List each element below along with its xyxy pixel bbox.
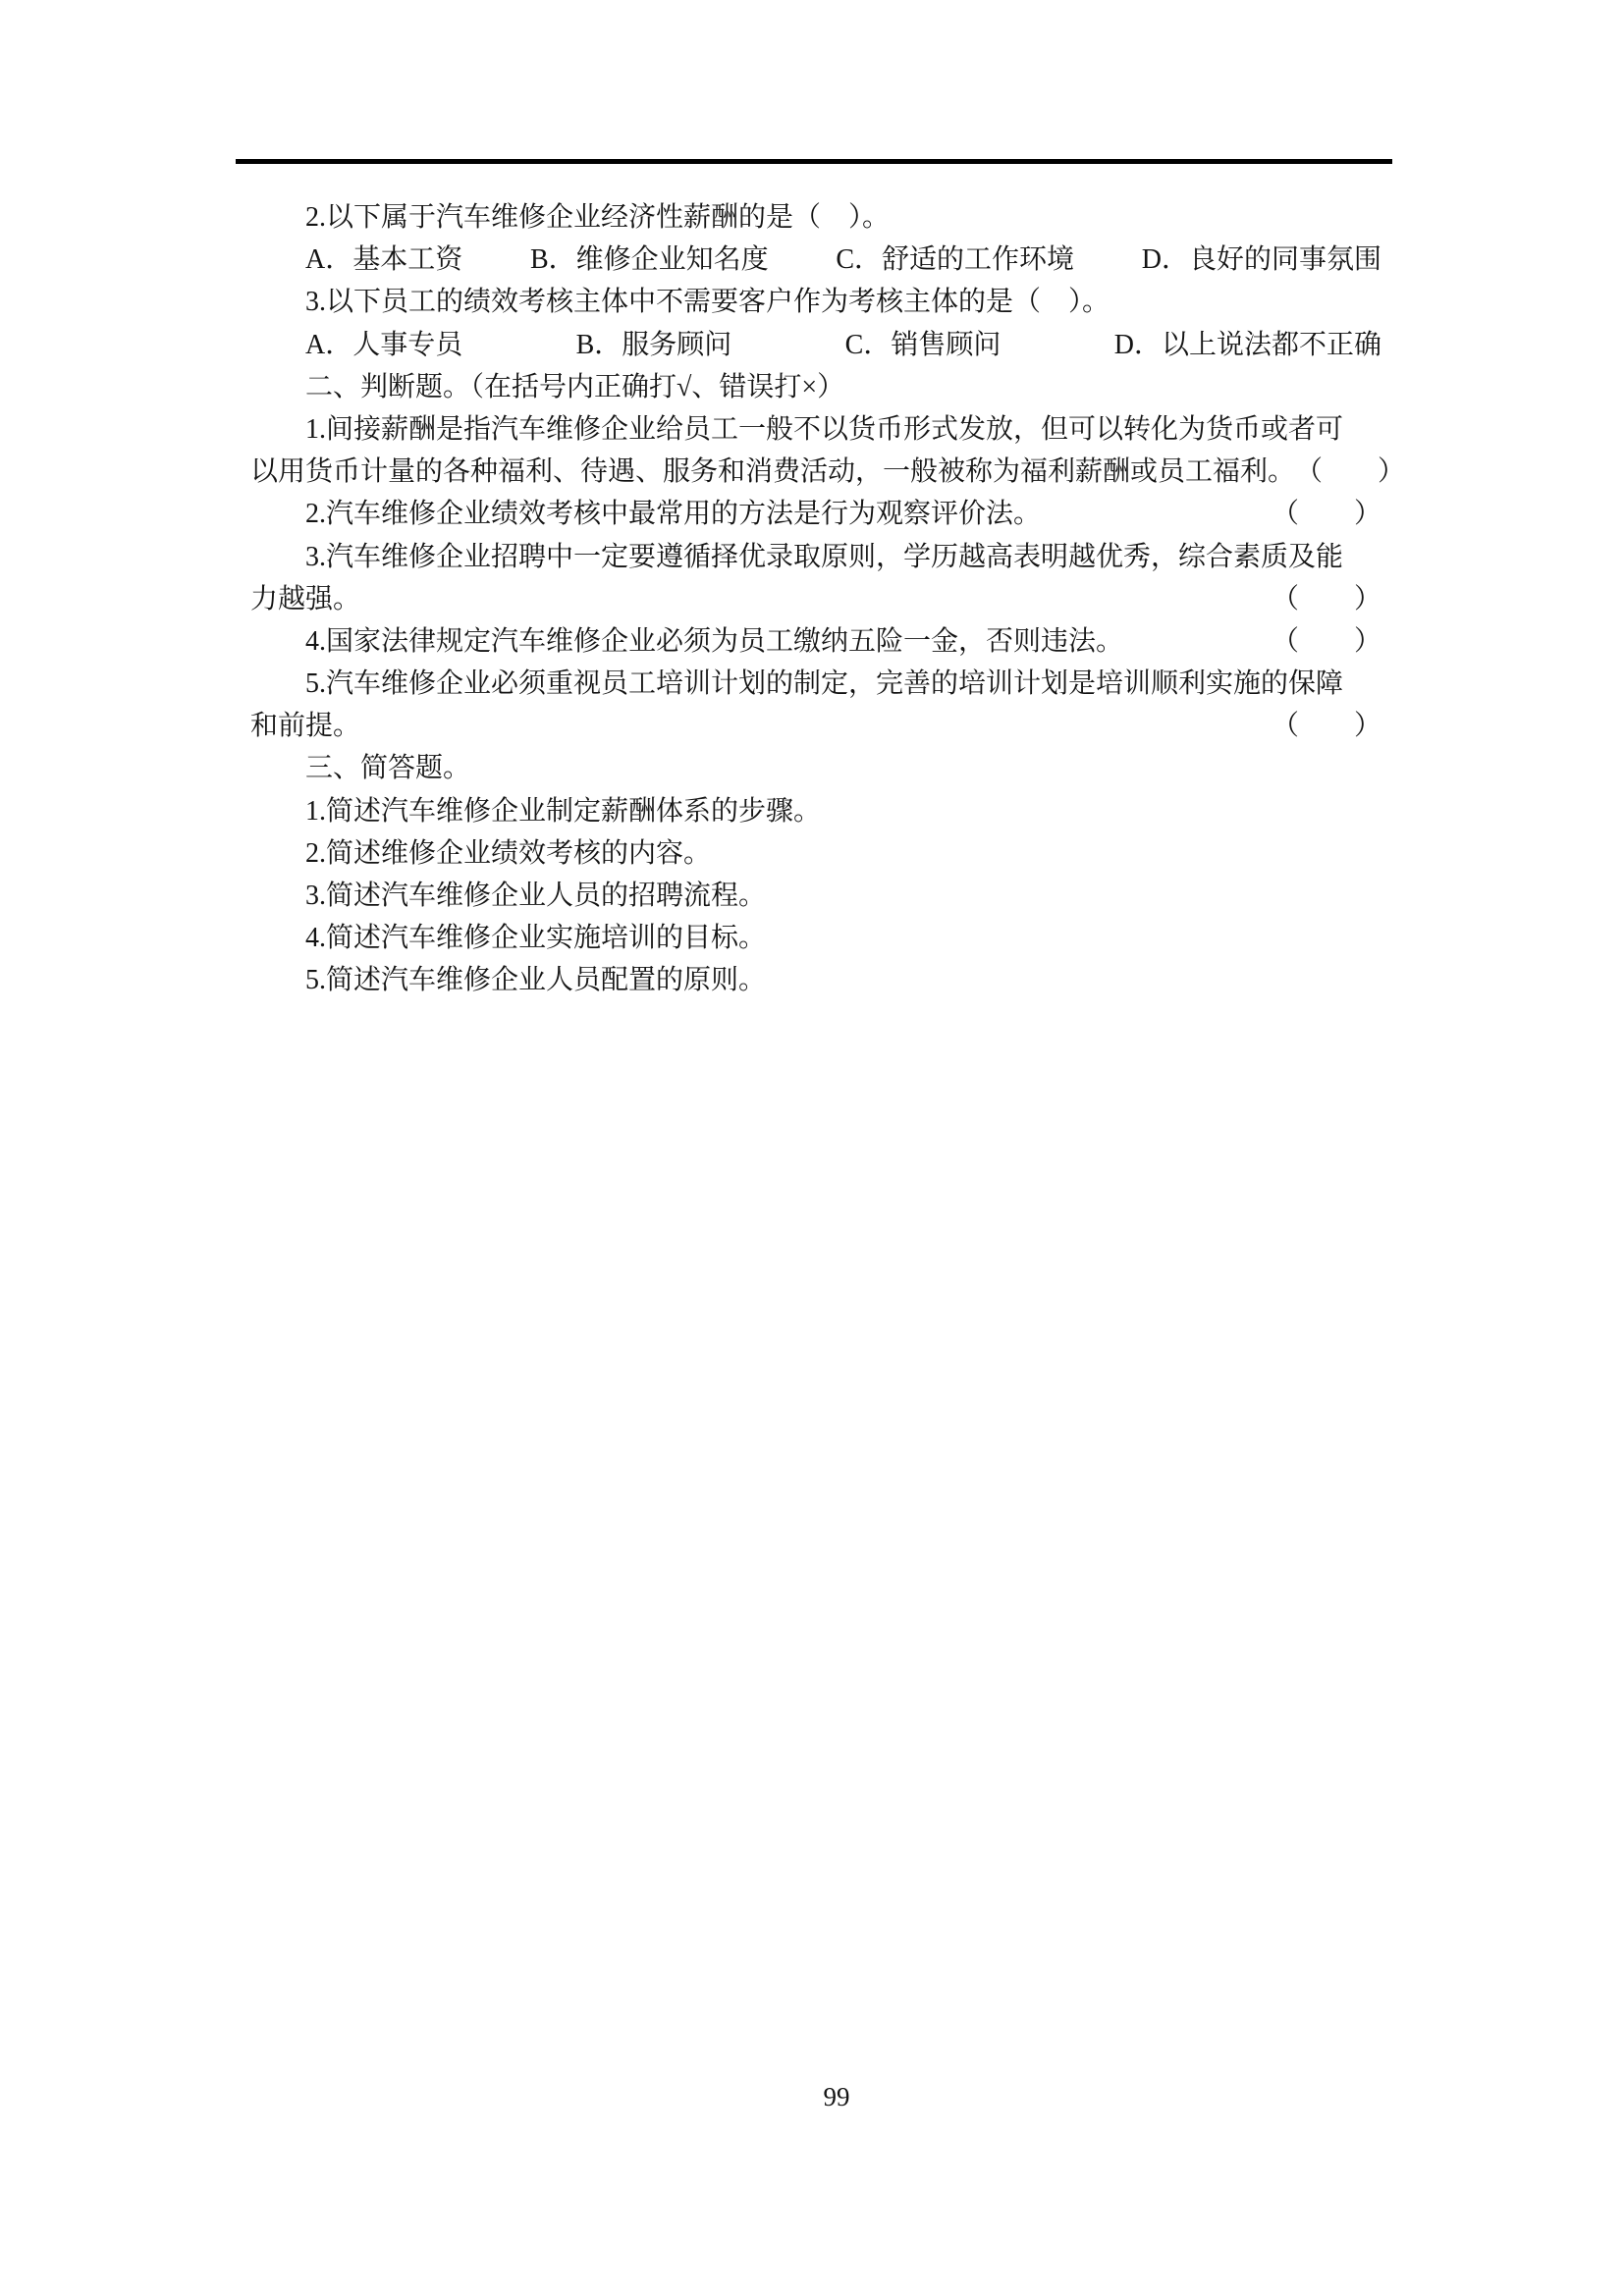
option-item: B．维修企业知名度 [530,239,769,281]
option-line: A．基本工资B．维修企业知名度C．舒适的工作环境D．良好的同事氛围 [250,239,1381,281]
text-line: 力越强。（ ） [250,578,1381,620]
text-line: 三、简答题。 [250,747,1381,789]
line-text: 力越强。 [250,578,360,620]
text-line: 二、判断题。（在括号内正确打√、错误打×） [250,366,1381,408]
text-line: 1.间接薪酬是指汽车维修企业给员工一般不以货币形式发放，但可以转化为货币或者可 [250,408,1381,451]
option-line: A．人事专员B．服务顾问C．销售顾问D．以上说法都不正确 [250,324,1381,366]
text-line: 3.汽车维修企业招聘中一定要遵循择优录取原则，学历越高表明越优秀，综合素质及能 [250,536,1381,578]
option-item: A．基本工资 [305,239,462,281]
text-line: 以用货币计量的各种福利、待遇、服务和消费活动，一般被称为福利薪酬或员工福利。（ … [250,451,1381,493]
answer-brackets: （ ） [1295,451,1405,493]
line-text: 以用货币计量的各种福利、待遇、服务和消费活动，一般被称为福利薪酬或员工福利。 [250,451,1295,493]
text-line: 5.简述汽车维修企业人员配置的原则。 [250,959,1381,1001]
text-line: 4.简述汽车维修企业实施培训的目标。 [250,917,1381,959]
answer-brackets: （ ） [1272,493,1381,535]
option-item: D．以上说法都不正确 [1114,324,1381,366]
exam-content: 2.以下属于汽车维修企业经济性薪酬的是（ ）。A．基本工资B．维修企业知名度C．… [250,196,1381,1002]
line-text: 2.汽车维修企业绩效考核中最常用的方法是行为观察评价法。 [250,493,1041,535]
text-line: 5.汽车维修企业必须重视员工培训计划的制定，完善的培训计划是培训顺利实施的保障 [250,663,1381,705]
page-number: 99 [0,2081,1624,2112]
text-line: 2.简述维修企业绩效考核的内容。 [250,832,1381,875]
line-text: 4.国家法律规定汽车维修企业必须为员工缴纳五险一金，否则违法。 [250,620,1123,663]
option-item: A．人事专员 [305,324,462,366]
text-line: 2.汽车维修企业绩效考核中最常用的方法是行为观察评价法。（ ） [250,493,1381,535]
option-item: D．良好的同事氛围 [1142,239,1381,281]
option-item: B．服务顾问 [576,324,732,366]
text-line: 4.国家法律规定汽车维修企业必须为员工缴纳五险一金，否则违法。（ ） [250,620,1381,663]
line-text: 和前提。 [250,705,360,747]
answer-brackets: （ ） [1272,578,1381,620]
text-line: 2.以下属于汽车维修企业经济性薪酬的是（ ）。 [250,196,1381,239]
option-item: C．销售顾问 [845,324,1001,366]
document-page: 2.以下属于汽车维修企业经济性薪酬的是（ ）。A．基本工资B．维修企业知名度C．… [0,0,1624,2296]
header-rule [236,159,1392,164]
text-line: 3.简述汽车维修企业人员的招聘流程。 [250,875,1381,917]
text-line: 1.简述汽车维修企业制定薪酬体系的步骤。 [250,790,1381,832]
option-item: C．舒适的工作环境 [836,239,1074,281]
text-line: 和前提。（ ） [250,705,1381,747]
answer-brackets: （ ） [1272,705,1381,747]
text-line: 3.以下员工的绩效考核主体中不需要客户作为考核主体的是（ ）。 [250,281,1381,323]
answer-brackets: （ ） [1272,620,1381,663]
